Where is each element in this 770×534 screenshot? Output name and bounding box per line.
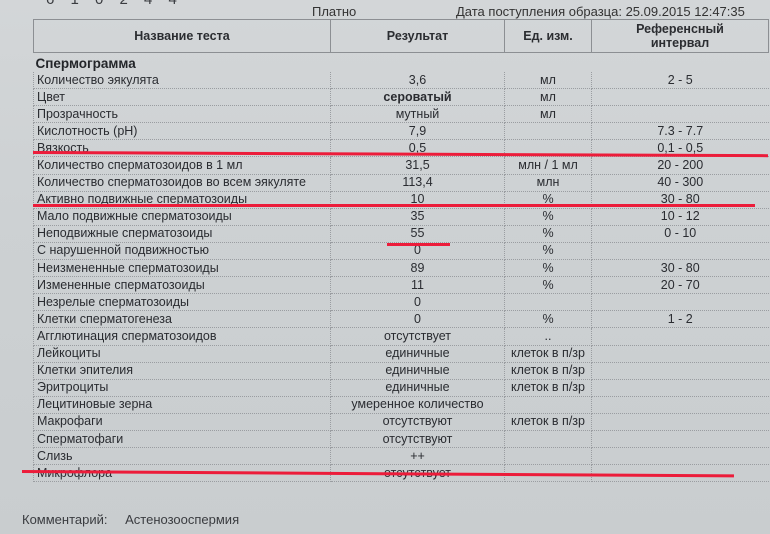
reference-cell: 20 - 70 <box>592 277 769 294</box>
table-row: Макрофагиотсутствуютклеток в п/зр <box>34 413 769 430</box>
header-unit: Ед. изм. <box>505 20 592 53</box>
test-name-cell: Лецитиновые зерна <box>34 396 331 413</box>
result-cell: 11 <box>331 277 505 294</box>
unit-cell <box>505 430 592 447</box>
unit-cell: млн / 1 мл <box>505 157 592 174</box>
result-cell: 31,5 <box>331 157 505 174</box>
result-cell: умеренное количество <box>331 396 505 413</box>
comment-value: Астенозооспермия <box>125 512 239 527</box>
unit-cell: клеток в п/зр <box>505 413 592 430</box>
reference-cell <box>592 89 769 106</box>
test-name-cell: Слизь <box>34 448 331 465</box>
reference-cell: 30 - 80 <box>592 260 769 277</box>
table-row: Эритроцитыединичныеклеток в п/зр <box>34 379 769 396</box>
table-row: Мало подвижные сперматозоиды35%10 - 12 <box>34 208 769 225</box>
table-row: Количество эякулята3,6мл2 - 5 <box>34 72 769 89</box>
reference-cell: 7.3 - 7.7 <box>592 123 769 140</box>
result-cell: 3,6 <box>331 72 505 89</box>
test-name-cell: Кислотность (pH) <box>34 123 331 140</box>
reference-cell <box>592 448 769 465</box>
reference-cell <box>592 242 769 259</box>
reference-cell: 0 - 10 <box>592 225 769 242</box>
result-cell: единичные <box>331 362 505 379</box>
table-row: Агглютинация сперматозоидовотсутствует.. <box>34 328 769 345</box>
test-name-cell: Цвет <box>34 89 331 106</box>
test-name-cell: С нарушенной подвижностью <box>34 242 331 259</box>
test-name-cell: Количество сперматозоидов в 1 мл <box>34 157 331 174</box>
result-cell: отсутствуют <box>331 413 505 430</box>
section-row: Спермограмма <box>34 53 769 73</box>
table-row: Слизь++ <box>34 448 769 465</box>
reference-cell: 1 - 2 <box>592 311 769 328</box>
reference-cell <box>592 294 769 311</box>
result-cell: единичные <box>331 379 505 396</box>
test-name-cell: Эритроциты <box>34 379 331 396</box>
unit-cell: клеток в п/зр <box>505 362 592 379</box>
result-cell: отсутствует <box>331 328 505 345</box>
unit-cell: % <box>505 242 592 259</box>
result-cell: 7,9 <box>331 123 505 140</box>
result-cell: 55 <box>331 225 505 242</box>
table-row: Кислотность (pH)7,97.3 - 7.7 <box>34 123 769 140</box>
table-row: Цветсероватыймл <box>34 89 769 106</box>
test-name-cell: Клетки сперматогенеза <box>34 311 331 328</box>
reference-cell <box>592 362 769 379</box>
sample-date-value: 25.09.2015 12:47:35 <box>626 4 745 19</box>
unit-cell: клеток в п/зр <box>505 379 592 396</box>
unit-cell: % <box>505 277 592 294</box>
test-name-cell: Агглютинация сперматозоидов <box>34 328 331 345</box>
result-cell: 89 <box>331 260 505 277</box>
unit-cell <box>505 396 592 413</box>
test-name-cell: Макрофаги <box>34 413 331 430</box>
test-name-cell: Незрелые сперматозоиды <box>34 294 331 311</box>
section-title: Спермограмма <box>34 53 769 73</box>
test-name-cell: Прозрачность <box>34 106 331 123</box>
table-row: Прозрачностьмутныймл <box>34 106 769 123</box>
reference-cell <box>592 345 769 362</box>
test-name-cell: Неподвижные сперматозоиды <box>34 225 331 242</box>
unit-cell: клеток в п/зр <box>505 345 592 362</box>
highlight-line-active-motility <box>33 204 755 207</box>
unit-cell: % <box>505 311 592 328</box>
result-cell: ++ <box>331 448 505 465</box>
lab-report-sheet: 6 1 0 2 4 4 Платно Дата поступления обра… <box>0 0 770 534</box>
result-cell: 0 <box>331 311 505 328</box>
table-row: Неподвижные сперматозоиды55%0 - 10 <box>34 225 769 242</box>
test-name-cell: Измененные сперматозоиды <box>34 277 331 294</box>
table-row: Клетки эпителияединичныеклеток в п/зр <box>34 362 769 379</box>
sample-date-label: Дата поступления образца: <box>456 4 622 19</box>
unit-cell: млн <box>505 174 592 191</box>
test-name-cell: Неизмененные сперматозоиды <box>34 260 331 277</box>
test-name-cell: Количество эякулята <box>34 72 331 89</box>
reference-cell <box>592 379 769 396</box>
result-cell: 0 <box>331 294 505 311</box>
sample-date: Дата поступления образца: 25.09.2015 12:… <box>456 4 745 19</box>
results-table: Название теста Результат Ед. изм. Рефере… <box>33 19 769 482</box>
result-cell: единичные <box>331 345 505 362</box>
table-row: Измененные сперматозоиды11%20 - 70 <box>34 277 769 294</box>
test-name-cell: Лейкоциты <box>34 345 331 362</box>
table-row: Клетки сперматогенеза0%1 - 2 <box>34 311 769 328</box>
reference-cell: 10 - 12 <box>592 208 769 225</box>
reference-cell: 2 - 5 <box>592 72 769 89</box>
reference-cell: 40 - 300 <box>592 174 769 191</box>
unit-cell <box>505 448 592 465</box>
payment-status: Платно <box>312 4 356 19</box>
unit-cell: % <box>505 225 592 242</box>
unit-cell: % <box>505 208 592 225</box>
test-name-cell: Сперматофаги <box>34 430 331 447</box>
report-id-partial: 6 1 0 2 4 4 <box>46 0 183 8</box>
table-row: Количество сперматозоидов в 1 мл31,5млн … <box>34 157 769 174</box>
result-cell: 35 <box>331 208 505 225</box>
highlight-line-immotile-result <box>387 243 450 246</box>
reference-cell <box>592 413 769 430</box>
result-cell: 113,4 <box>331 174 505 191</box>
table-row: Количество сперматозоидов во всем эякуля… <box>34 174 769 191</box>
test-name-cell: Клетки эпителия <box>34 362 331 379</box>
table-row: Незрелые сперматозоиды0 <box>34 294 769 311</box>
unit-cell: мл <box>505 89 592 106</box>
unit-cell: % <box>505 260 592 277</box>
result-cell: мутный <box>331 106 505 123</box>
reference-cell <box>592 328 769 345</box>
unit-cell: мл <box>505 72 592 89</box>
comment-label: Комментарий: <box>22 512 108 527</box>
reference-cell <box>592 396 769 413</box>
reference-cell: 20 - 200 <box>592 157 769 174</box>
result-cell: отсутствуют <box>331 430 505 447</box>
unit-cell: .. <box>505 328 592 345</box>
unit-cell: мл <box>505 106 592 123</box>
table-row: Неизмененные сперматозоиды89%30 - 80 <box>34 260 769 277</box>
table-row: Сперматофагиотсутствуют <box>34 430 769 447</box>
table-row: Лейкоцитыединичныеклеток в п/зр <box>34 345 769 362</box>
test-name-cell: Мало подвижные сперматозоиды <box>34 208 331 225</box>
header-reference: Референсный интервал <box>592 20 769 53</box>
reference-cell <box>592 106 769 123</box>
unit-cell <box>505 294 592 311</box>
result-cell: сероватый <box>331 89 505 106</box>
reference-cell <box>592 430 769 447</box>
comment: Комментарий: Астенозооспермия <box>22 512 239 527</box>
header-test-name: Название теста <box>34 20 331 53</box>
table-header-row: Название теста Результат Ед. изм. Рефере… <box>34 20 769 53</box>
test-name-cell: Количество сперматозоидов во всем эякуля… <box>34 174 331 191</box>
unit-cell <box>505 123 592 140</box>
header-result: Результат <box>331 20 505 53</box>
table-row: Лецитиновые зернаумеренное количество <box>34 396 769 413</box>
